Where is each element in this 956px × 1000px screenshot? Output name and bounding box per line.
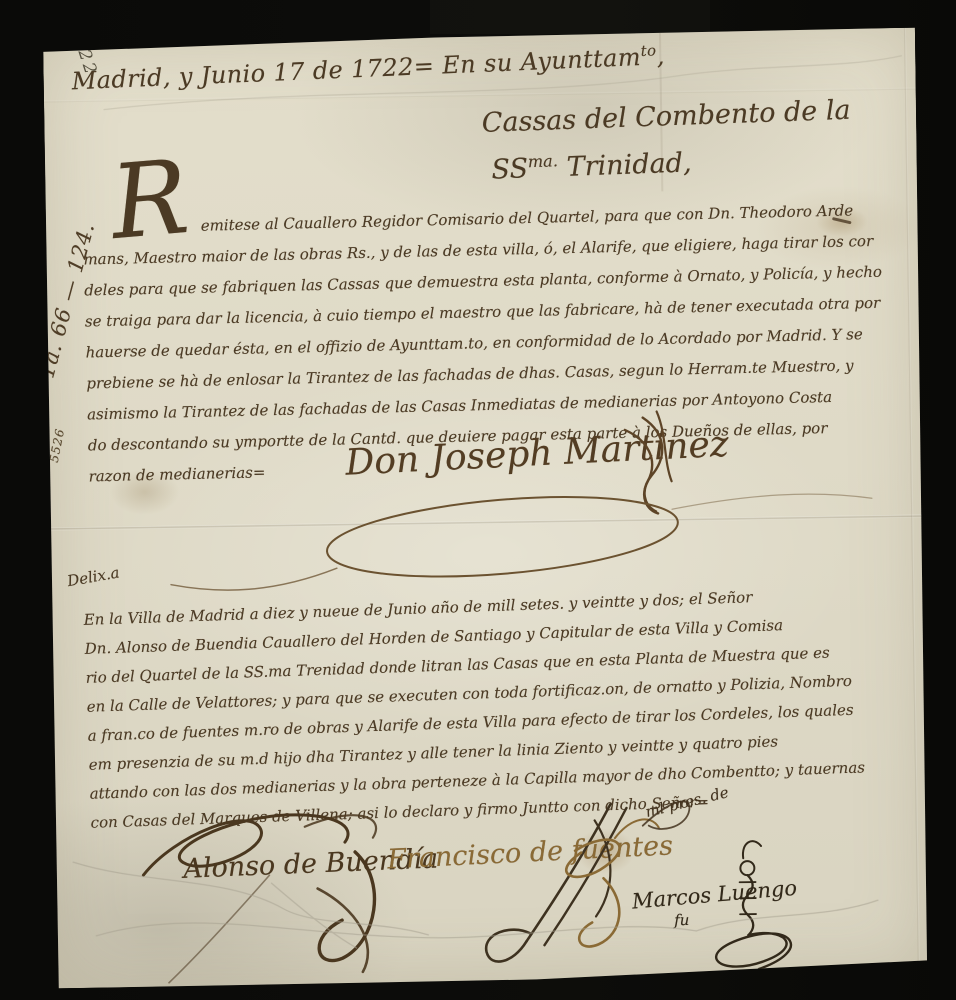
background-light-patch <box>430 0 710 34</box>
photograph-background: Madrid, y Junio 17 de 1722= En su Ayuntt… <box>0 0 956 1000</box>
margin-register-number: 5526 <box>44 413 70 478</box>
fold-crease-right-edge <box>904 28 920 976</box>
document-title: Cassas del Combento de la SSma. Trinidad… <box>481 91 853 191</box>
dateline-text: Madrid, y Junio 17 de 1722= En su Ayuntt… <box>71 43 641 95</box>
title-superscript: ma. <box>527 151 558 171</box>
signature-francisco-de-fuentes: Francisco de fuentes <box>387 830 674 875</box>
manuscript-page: Madrid, y Junio 17 de 1722= En su Ayuntt… <box>43 28 929 989</box>
buendia-rubric <box>143 814 379 983</box>
oval-flourish <box>170 482 873 591</box>
diligencia-paragraph: En la Villa de Madrid a diez y nueue de … <box>83 578 914 838</box>
title-abbrev: SS <box>491 153 529 185</box>
dateline-superscript: to <box>640 41 656 60</box>
fold-crease-middle <box>50 515 922 531</box>
signature-marcos-luengo-sub: fu <box>674 911 689 929</box>
signature-marcos-luengo: Marcos Luengo <box>631 876 798 914</box>
dateline: Madrid, y Junio 17 de 1722= En su Ayuntt… <box>71 41 665 95</box>
margin-note-diligencia: Delix.a <box>66 563 121 590</box>
margin-year-annotation: 1722 <box>61 9 105 91</box>
fuentes-rubric-dark <box>484 804 629 962</box>
title-rest: Trinidad, <box>558 147 692 183</box>
dateline-tail: , <box>656 42 665 70</box>
